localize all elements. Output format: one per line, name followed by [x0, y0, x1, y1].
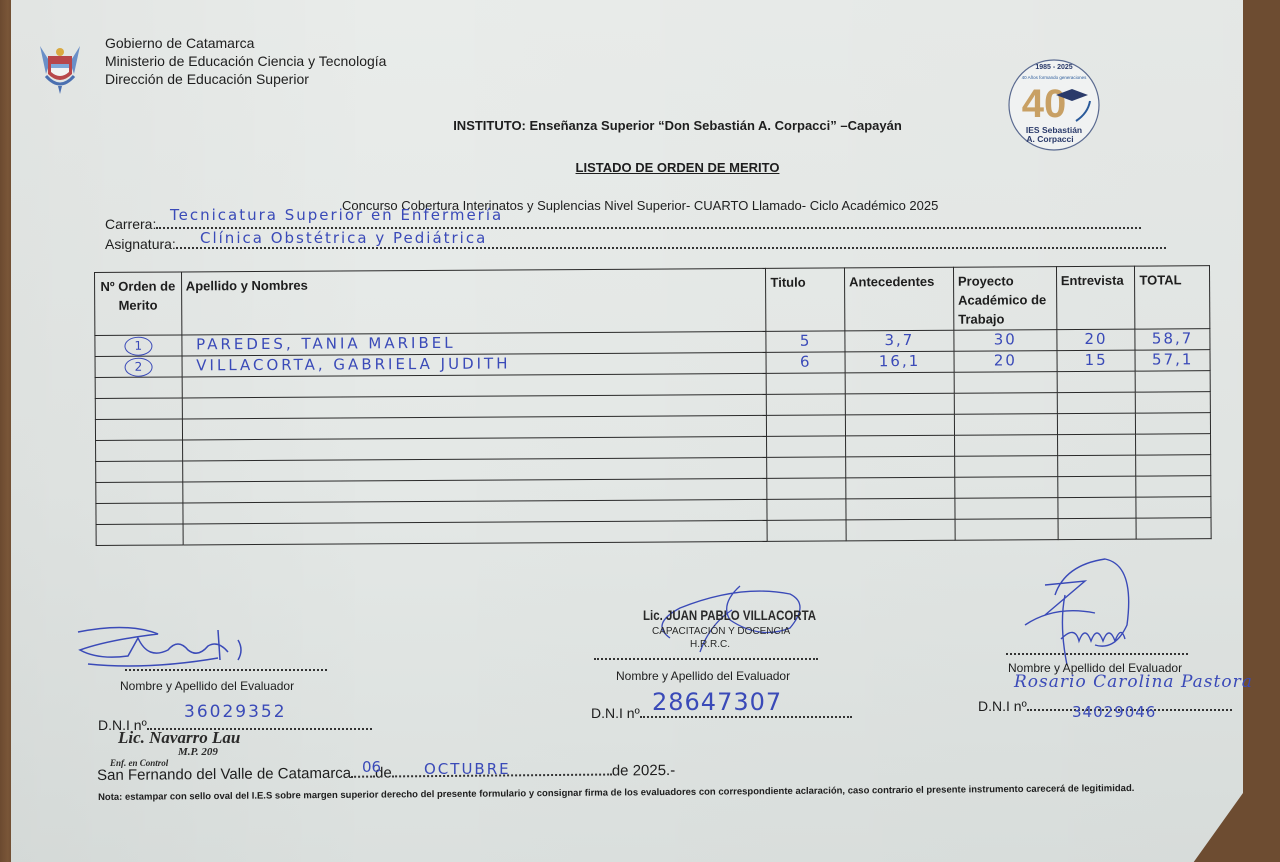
empty-cell [954, 435, 1057, 457]
orden-circle: 1 [124, 337, 152, 356]
empty-cell [767, 373, 846, 394]
empty-cell [96, 461, 183, 483]
dni-label: D.N.I nº [978, 698, 1027, 714]
empty-cell [767, 478, 846, 499]
evaluator-2-stamp-role: CAPACITACIÓN Y DOCENCIA [652, 626, 790, 637]
document-title: LISTADO DE ORDEN DE MERITO [0, 160, 1280, 175]
government-header: Gobierno de Catamarca Ministerio de Educ… [105, 34, 386, 88]
gov-line: Gobierno de Catamarca [105, 34, 386, 52]
cell-antecedentes: 16,1 [845, 351, 954, 373]
empty-cell [1058, 476, 1137, 497]
signature-evaluator-3-icon [1005, 555, 1145, 665]
empty-cell [1136, 413, 1211, 434]
empty-cell [95, 419, 182, 441]
empty-cell [1136, 518, 1211, 539]
evaluator-2-label: Nombre y Apellido del Evaluador [616, 669, 790, 683]
merit-table-body: 1 PAREDES, TANIA MARIBEL 5 3,7 30 20 58,… [95, 329, 1211, 546]
evaluator-1-stamp-name: Lic. Navarro Lau [118, 728, 240, 748]
empty-cell [96, 524, 183, 546]
empty-cell [767, 520, 846, 541]
evaluator-2-stamp-org: H.R.R.C. [690, 639, 730, 650]
empty-cell [1057, 413, 1136, 434]
empty-cell [1135, 371, 1210, 392]
empty-cell [955, 477, 1058, 499]
asignatura-label: Asignatura: [105, 236, 176, 252]
empty-cell [955, 456, 1058, 478]
empty-cell [954, 393, 1057, 415]
empty-cell [1136, 497, 1211, 518]
empty-cell [846, 498, 955, 520]
empty-cell [1057, 392, 1136, 413]
empty-cell [1058, 497, 1137, 518]
evaluator-3-name: Rosario Carolina Pastora [1014, 672, 1253, 692]
evaluator-3-dni: 34029046 [1072, 703, 1156, 721]
empty-cell [183, 520, 768, 545]
svg-text:1985 - 2025: 1985 - 2025 [1035, 64, 1072, 71]
asignatura-value: Clínica Obstétrica y Pediátrica [200, 229, 487, 247]
empty-cell [845, 414, 954, 436]
empty-cell [1057, 455, 1136, 476]
evaluator-1-label: Nombre y Apellido del Evaluador [120, 679, 294, 693]
table-header-row: Nº Orden de Merito Apellido y Nombres Ti… [95, 266, 1210, 336]
empty-cell [767, 415, 846, 436]
year-label: de 2025.- [612, 762, 676, 780]
signature-evaluator-1-icon [68, 620, 258, 680]
empty-cell [767, 499, 846, 520]
empty-cell [96, 503, 183, 525]
empty-cell [96, 440, 183, 462]
empty-cell [955, 519, 1058, 541]
evaluator-1-dni: 36029352 [184, 702, 287, 722]
anniversary-badge-icon: 1985 - 2025 40 Años formando generacione… [1006, 57, 1102, 153]
dni-label: D.N.I nº [591, 705, 640, 721]
catamarca-coat-of-arms-icon [36, 40, 84, 94]
city-label: San Fernando del Valle de Catamarca [97, 765, 351, 784]
cell-entrevista: 20 [1057, 329, 1136, 350]
cell-proyecto: 20 [954, 351, 1057, 373]
empty-cell [955, 498, 1058, 520]
empty-cell [1057, 371, 1136, 392]
cell-antecedentes: 3,7 [845, 330, 954, 352]
empty-cell [845, 372, 954, 394]
carrera-label: Carrera: [105, 216, 156, 232]
direction-line: Dirección de Educación Superior [105, 70, 386, 88]
institute-name: INSTITUTO: Enseñanza Superior “Don Sebas… [0, 118, 1280, 133]
institute-anniversary-logo: 1985 - 2025 40 Años formando generacione… [1006, 57, 1102, 153]
col-entrevista: Entrevista [1056, 266, 1135, 329]
col-titulo: Titulo [766, 268, 845, 331]
evaluator-1-stamp-mp: M.P. 209 [178, 746, 218, 758]
svg-text:A. Corpacci: A. Corpacci [1026, 134, 1073, 144]
col-antecedentes: Antecedentes [845, 267, 954, 331]
cell-proyecto: 30 [954, 330, 1057, 352]
empty-cell [767, 394, 846, 415]
cell-total: 58,7 [1135, 329, 1210, 350]
empty-cell [1058, 518, 1137, 539]
empty-cell [767, 457, 846, 478]
empty-cell [1136, 476, 1211, 497]
empty-cell [954, 372, 1057, 394]
merit-table: Nº Orden de Merito Apellido y Nombres Ti… [94, 265, 1212, 546]
evaluator-2-stamp-name: Lic. JUAN PABLO VILLACORTA [643, 607, 816, 623]
empty-cell [1136, 392, 1211, 413]
cell-titulo: 6 [766, 352, 845, 373]
empty-cell [95, 398, 182, 420]
empty-cell [767, 436, 846, 457]
svg-text:40 Años formando generaciones: 40 Años formando generaciones [1022, 75, 1088, 80]
cell-titulo: 5 [766, 331, 845, 352]
cell-orden: 1 [95, 335, 182, 357]
cell-total: 57,1 [1135, 350, 1210, 371]
ministry-line: Ministerio de Educación Ciencia y Tecnol… [105, 52, 386, 70]
empty-cell [954, 414, 1057, 436]
cell-orden: 2 [95, 356, 182, 378]
empty-cell [846, 477, 955, 499]
empty-cell [845, 393, 954, 415]
date-day: 06 [362, 758, 381, 776]
col-nombre: Apellido y Nombres [181, 268, 766, 335]
empty-cell [1136, 455, 1211, 476]
col-total: TOTAL [1135, 266, 1210, 329]
date-month: OCTUBRE [424, 760, 511, 778]
evaluator-2-dni: 28647307 [652, 688, 782, 716]
col-orden: Nº Orden de Merito [95, 272, 182, 336]
empty-cell [846, 435, 955, 457]
empty-cell [1057, 434, 1136, 455]
col-proyecto: Proyecto Académico de Trabajo [953, 267, 1056, 331]
cell-entrevista: 15 [1057, 350, 1136, 371]
orden-circle: 2 [124, 358, 152, 377]
carrera-value: Tecnicatura Superior en Enfermería [170, 206, 503, 224]
empty-cell [95, 377, 182, 399]
empty-cell [846, 456, 955, 478]
empty-cell [846, 519, 955, 541]
empty-cell [96, 482, 183, 504]
empty-cell [1136, 434, 1211, 455]
